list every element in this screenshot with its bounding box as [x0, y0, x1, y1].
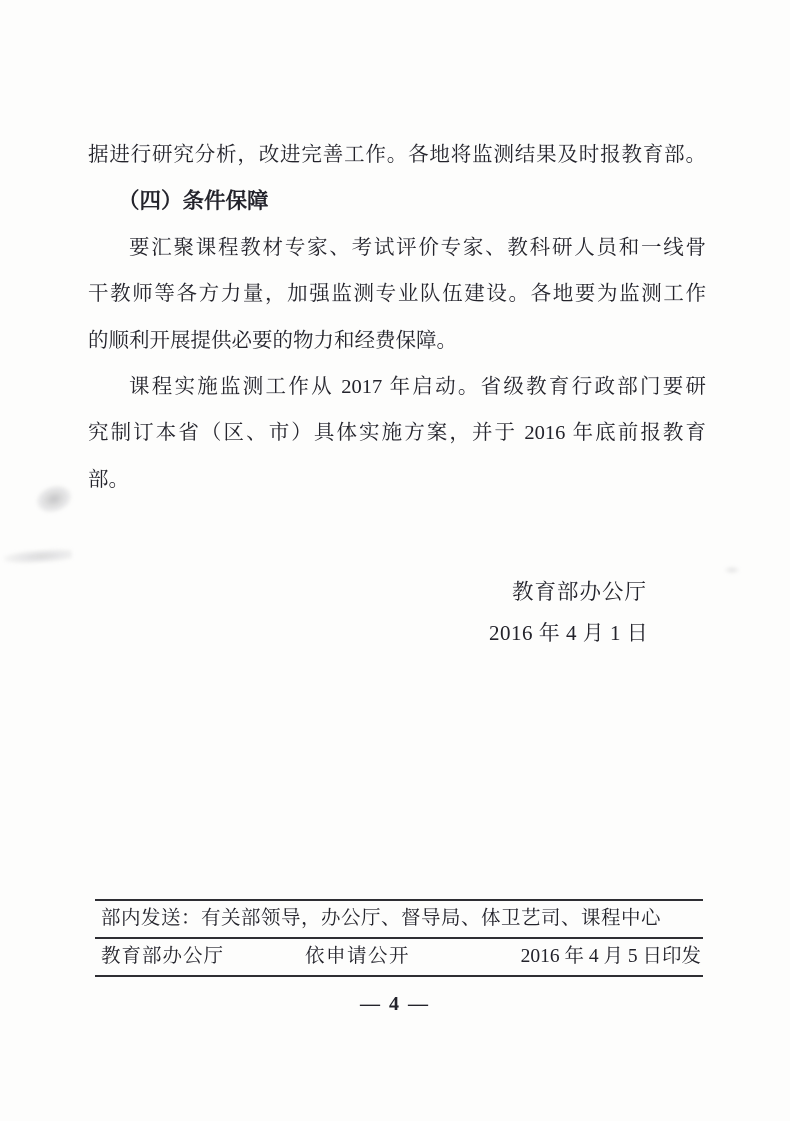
signature-organization: 教育部办公厅 [512, 575, 647, 606]
body-line: 干教师等各方力量，加强监测专业队伍建设。各地要为监测工作 [88, 271, 706, 317]
page-number: — 4 — [0, 993, 790, 1016]
scan-smudge [4, 548, 73, 566]
body-line: 课程实施监测工作从 2017 年启动。省级教育行政部门要研 [88, 364, 706, 410]
document-page: 据进行研究分析，改进完善工作。各地将监测结果及时报教育部。 （四）条件保障 要汇… [0, 0, 790, 1121]
signature-date: 2016 年 4 月 1 日 [489, 617, 648, 647]
footer-issuer: 教育部办公厅 [101, 939, 224, 975]
footer-issue-row: 教育部办公厅 依申请公开 2016 年 4 月 5 日印发 [95, 939, 703, 975]
footer-rule-bottom [95, 975, 703, 977]
body-line: 据进行研究分析，改进完善工作。各地将监测结果及时报教育部。 [88, 132, 706, 178]
footer-disclosure: 依申请公开 [305, 939, 410, 975]
body-line: 究制订本省（区、市）具体实施方案，并于 2016 年底前报教育 [88, 410, 706, 456]
scan-smudge [33, 481, 75, 517]
scan-smudge [724, 566, 740, 574]
footer-distribution-text: 部内发送：有关部领导，办公厅、督导局、体卫艺司、课程中心 [101, 908, 661, 929]
body-line: 要汇聚课程教材专家、考试评价专家、教科研人员和一线骨 [88, 225, 706, 271]
document-footer: 部内发送：有关部领导，办公厅、督导局、体卫艺司、课程中心 教育部办公厅 依申请公… [95, 899, 703, 977]
section-heading: （四）条件保障 [88, 178, 706, 224]
body-line: 部。 [88, 457, 706, 503]
document-body: 据进行研究分析，改进完善工作。各地将监测结果及时报教育部。 （四）条件保障 要汇… [88, 132, 706, 503]
footer-distribution-row: 部内发送：有关部领导，办公厅、督导局、体卫艺司、课程中心 [95, 901, 703, 937]
footer-print-date: 2016 年 4 月 5 日印发 [521, 939, 701, 975]
body-line: 的顺利开展提供必要的物力和经费保障。 [88, 318, 706, 364]
